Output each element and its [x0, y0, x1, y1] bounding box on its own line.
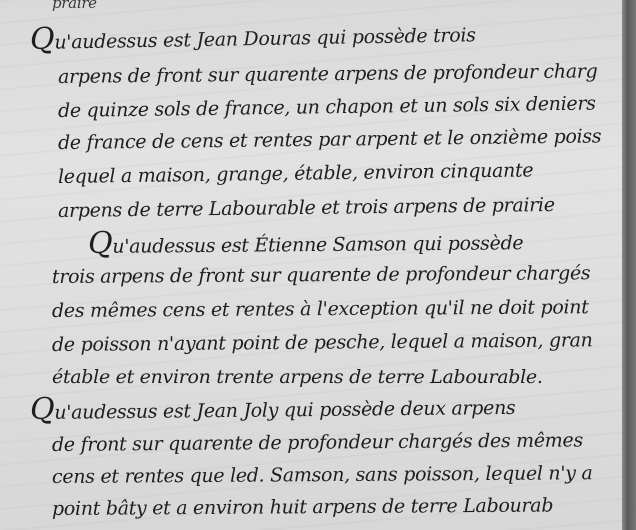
text-line: étable et environ trente arpens de terre…: [52, 366, 543, 388]
text-line: arpens de front sur quarente arpens de p…: [58, 60, 598, 88]
text-line: point bâty et a environ huit arpens de t…: [52, 495, 553, 520]
text-line: de quinze sols de france, un chapon et u…: [58, 92, 596, 122]
book-spine: [622, 0, 636, 530]
text-line: praire: [52, 0, 97, 12]
text-line: de france de cens et rentes par arpent e…: [58, 125, 602, 154]
text-line: trois arpens de front sur quarente de pr…: [52, 262, 590, 288]
text-line: Qu'audessus est Étienne Samson qui possè…: [88, 222, 524, 261]
text-line: de poisson n'ayant point de pesche, lequ…: [52, 329, 593, 356]
text-line: Qu'audessus est Jean Douras qui possède …: [30, 14, 476, 57]
text-line: des mêmes cens et rentes à l'exception q…: [52, 296, 589, 322]
text-line: lequel a maison, grange, étable, environ…: [58, 159, 534, 188]
text-line: arpens de terre Labourable et trois arpe…: [58, 194, 555, 222]
text-line: cens et rentes que led. Samson, sans poi…: [52, 462, 593, 488]
manuscript-page: praire Qu'audessus est Jean Douras qui p…: [0, 0, 622, 530]
text-line: Qu'audessus est Jean Joly qui possède de…: [30, 387, 516, 427]
text-line: de front sur quarente de profondeur char…: [52, 429, 583, 456]
